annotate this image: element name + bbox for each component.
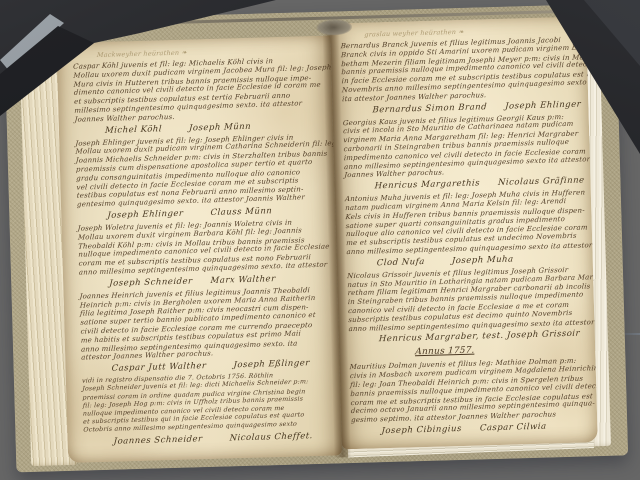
entry-block: Mauritius Dolman juvenis et filius leg: …	[350, 357, 590, 425]
entry-block: Joannes Heinrich juvenis et filius legit…	[79, 285, 333, 362]
entry-block: Bernardus Branck juvenis et filius legit…	[341, 36, 581, 104]
entry-block: Joseph Ehlinger juvenis et fil: leg: Jos…	[75, 132, 329, 209]
entry-block: Nicolaus Grissoir juvenis et filius legi…	[347, 265, 587, 333]
open-book: Mackweyher heürathen ❧Caspar Köhl juveni…	[4, 4, 628, 473]
right-page-text: graslau weyher heürathen ❧Bernardus Bran…	[330, 16, 598, 449]
left-page: Mackweyher heürathen ❧Caspar Köhl juveni…	[56, 36, 342, 463]
entry-block-cramped: vidi in registro dispensatio die 7. Octo…	[82, 371, 336, 435]
entry-block: Caspar Köhl juvenis et fil: leg: Michael…	[73, 56, 327, 125]
entry-block: Antonius Muha juvenis et fil: leg: Josep…	[345, 189, 585, 257]
left-page-text: Mackweyher heürathen ❧Caspar Köhl juveni…	[56, 36, 342, 463]
entry-block: Georgius Kaus juvenis et filius legitimu…	[343, 112, 583, 180]
archival-register-photo: Mackweyher heürathen ❧Caspar Köhl juveni…	[0, 0, 640, 480]
right-page: graslau weyher heürathen ❧Bernardus Bran…	[330, 16, 598, 449]
entry-block: Joseph Woletra juvenis et fil: leg: Joan…	[78, 218, 331, 278]
